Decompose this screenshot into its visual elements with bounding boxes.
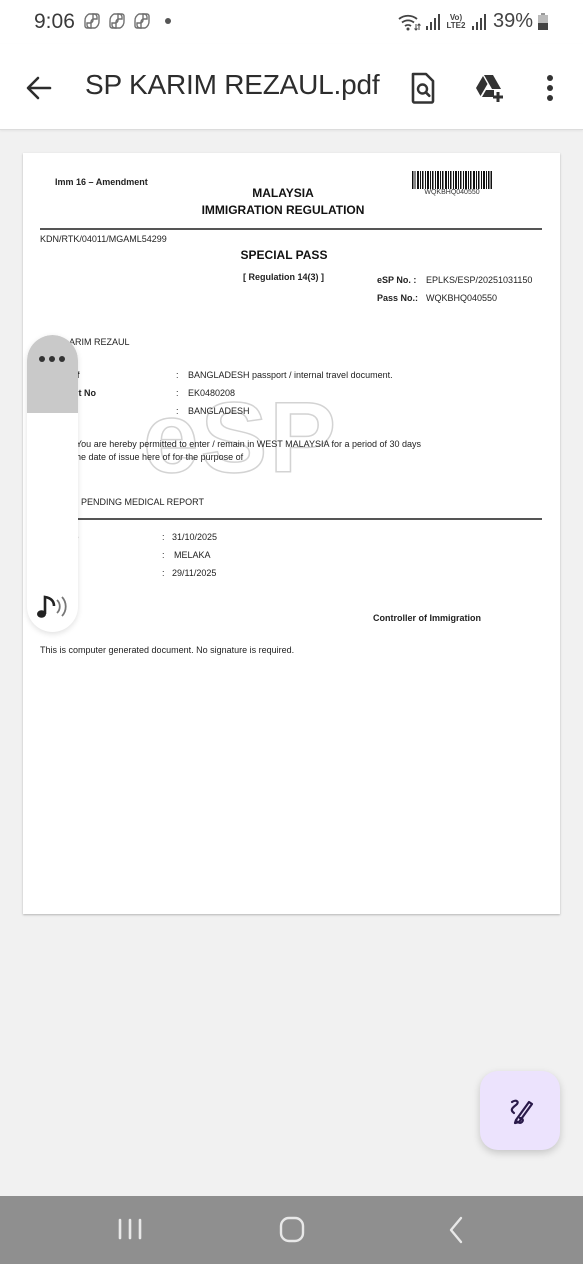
- read-aloud-menu-button[interactable]: [27, 335, 78, 413]
- annotate-pen-icon: [506, 1096, 534, 1126]
- field-colon: :: [176, 388, 179, 398]
- pass-number: WQKBHQ040550: [426, 293, 497, 303]
- field-colon: :: [162, 532, 165, 542]
- more-options-button[interactable]: [538, 70, 562, 106]
- more-horiz-icon: [39, 356, 65, 362]
- signatory: Controller of Immigration: [373, 613, 481, 623]
- network-type-label: Vo) LTE2: [445, 14, 467, 30]
- pdf-page[interactable]: eSP Imm 16 – Amendment MALAYSIA IMMIGRAT…: [23, 153, 560, 914]
- read-aloud-icon: [35, 593, 71, 621]
- arrow-left-icon: [22, 72, 56, 104]
- field-value: BANGLADESH passport / internal travel do…: [188, 370, 393, 380]
- status-bar: 9:06 Vo) LTE2 39%: [0, 0, 583, 44]
- permission-text-line1: You are hereby permitted to enter / rema…: [76, 439, 421, 449]
- battery-icon: [537, 12, 549, 32]
- date-of-issue: 31/10/2025: [172, 532, 217, 542]
- barcode-text: WQKBHQ040550: [412, 189, 492, 196]
- copilot-icon: [132, 11, 152, 31]
- annotate-button[interactable]: [480, 1071, 560, 1150]
- esp-label: eSP No. :: [377, 275, 416, 285]
- more-vert-icon: [538, 70, 562, 106]
- field-colon: :: [162, 568, 165, 578]
- form-id: Imm 16 – Amendment: [55, 177, 148, 187]
- signal-icon: [425, 13, 441, 31]
- purpose-text: PENDING MEDICAL REPORT: [81, 497, 204, 507]
- file-title: SP KARIM REZAUL.pdf: [85, 69, 379, 101]
- notification-icons: [82, 11, 171, 31]
- more-notifications-dot: [165, 18, 171, 24]
- valid-until: 29/11/2025: [172, 568, 216, 578]
- footer-note: This is computer generated document. No …: [40, 645, 294, 655]
- read-aloud-button[interactable]: [35, 593, 71, 621]
- field-value: EK0480208: [188, 388, 235, 398]
- app-bar: SP KARIM REZAUL.pdf: [0, 44, 583, 130]
- reference-number: KDN/RTK/04011/MGAML54299: [40, 234, 167, 244]
- system-nav-bar: [0, 1196, 583, 1264]
- pass-label: Pass No.:: [377, 293, 418, 303]
- wifi-icon: [397, 12, 421, 32]
- read-aloud-panel: [27, 335, 78, 632]
- save-to-drive-button[interactable]: [472, 70, 506, 106]
- purpose-divider: [58, 518, 542, 520]
- field-value: BANGLADESH: [188, 406, 250, 416]
- back-button[interactable]: [22, 72, 56, 104]
- signal-icon: [471, 13, 487, 31]
- regulation-subtitle: [ Regulation 14(3) ]: [243, 272, 324, 282]
- issued-by: MELAKA: [174, 550, 211, 560]
- field-colon: :: [162, 550, 165, 560]
- search-in-document-button[interactable]: [406, 70, 440, 106]
- recents-button[interactable]: [110, 1214, 150, 1246]
- copilot-icon: [82, 11, 102, 31]
- recents-icon: [110, 1214, 150, 1246]
- esp-number: EPLKS/ESP/20251031150: [426, 275, 532, 285]
- drive-add-icon: [472, 70, 506, 106]
- status-time: 9:06: [34, 10, 75, 34]
- document-title: SPECIAL PASS: [184, 248, 384, 262]
- back-icon: [436, 1214, 476, 1246]
- battery-percent: 39%: [493, 10, 533, 33]
- home-button[interactable]: [272, 1214, 312, 1246]
- field-colon: :: [176, 406, 179, 416]
- field-colon: :: [176, 370, 179, 380]
- country-heading: MALAYSIA: [183, 186, 383, 200]
- regulation-heading: IMMIGRATION REGULATION: [183, 203, 383, 217]
- status-indicators: Vo) LTE2 39%: [397, 10, 549, 33]
- permission-text-line2: he date of issue here of for the purpose…: [76, 452, 243, 462]
- holder-name: ARIM REZAUL: [69, 337, 130, 347]
- barcode: [412, 171, 492, 189]
- copilot-icon: [107, 11, 127, 31]
- document-search-icon: [406, 70, 440, 106]
- nav-back-button[interactable]: [436, 1214, 476, 1246]
- header-divider: [40, 228, 542, 230]
- home-icon: [272, 1214, 312, 1246]
